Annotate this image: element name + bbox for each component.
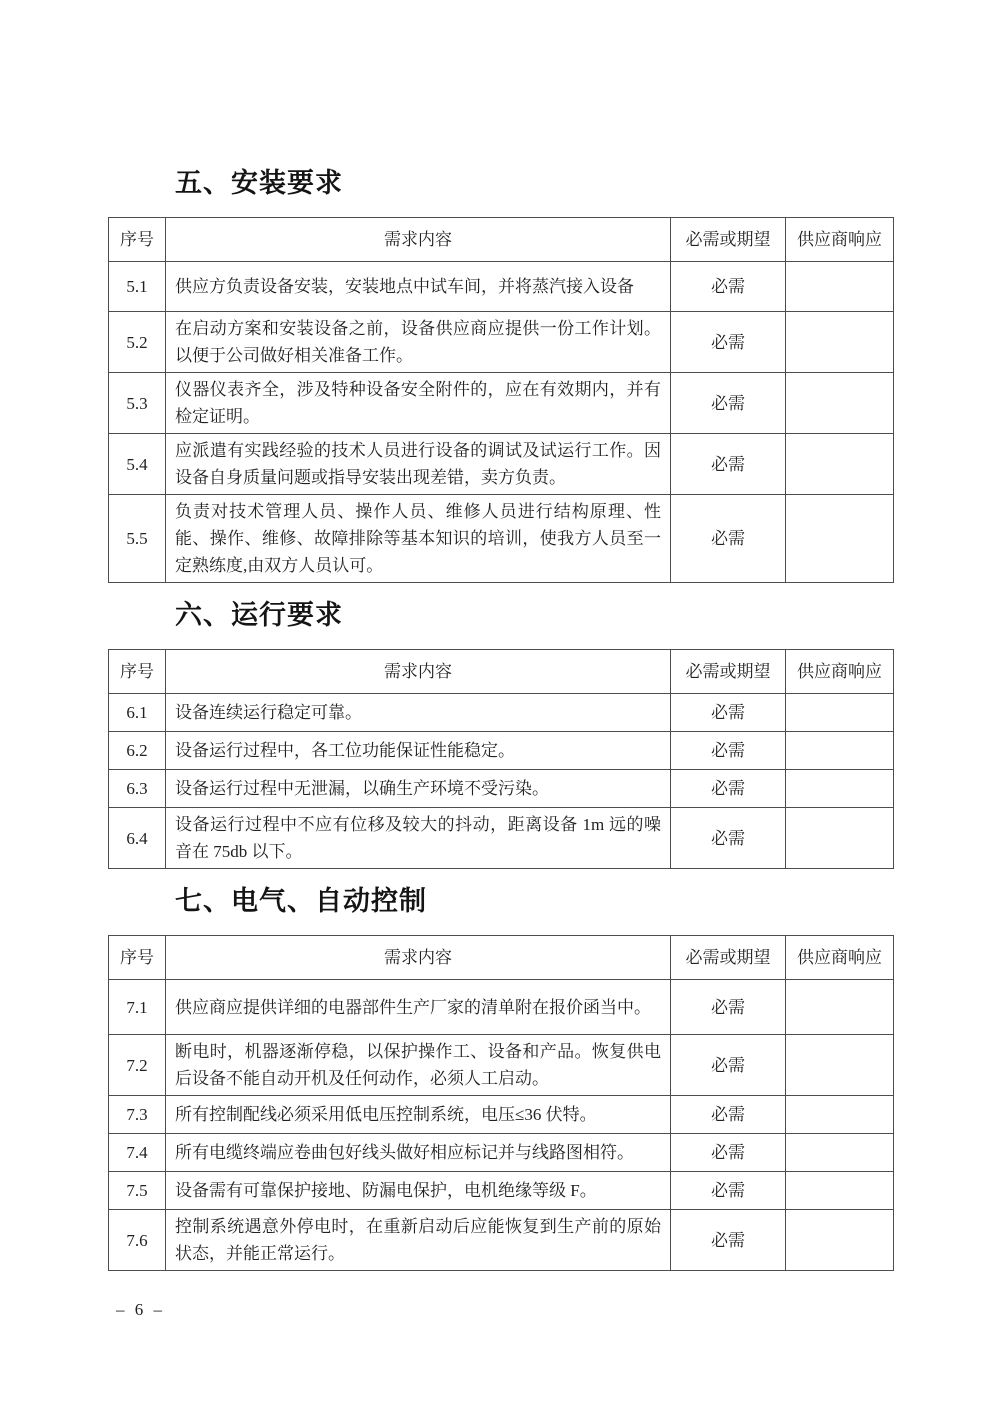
required-flag: 必需 <box>671 1210 786 1271</box>
document-page: 五、安装要求 序号 需求内容 必需或期望 供应商响应 5.1 供应方负责设备安装… <box>0 0 1000 1414</box>
operation-requirements-table: 序号 需求内容 必需或期望 供应商响应 6.1 设备连续运行稳定可靠。 必需 6… <box>108 649 894 869</box>
section-heading: 七、电气、自动控制 <box>175 884 893 918</box>
col-header-response: 供应商响应 <box>786 218 894 262</box>
supplier-response-cell <box>786 262 894 312</box>
required-flag: 必需 <box>671 1035 786 1096</box>
requirement-content: 仪器仪表齐全，涉及特种设备安全附件的，应在有效期内，并有检定证明。 <box>166 373 671 434</box>
requirement-content: 设备运行过程中无泄漏，以确生产环境不受污染。 <box>166 770 671 808</box>
table-row: 7.4 所有电缆终端应卷曲包好线头做好相应标记并与线路图相符。 必需 <box>109 1134 894 1172</box>
col-header-content: 需求内容 <box>166 218 671 262</box>
table-header-row: 序号 需求内容 必需或期望 供应商响应 <box>109 936 894 980</box>
section-heading: 五、安装要求 <box>175 166 893 200</box>
table-row: 6.3 设备运行过程中无泄漏，以确生产环境不受污染。 必需 <box>109 770 894 808</box>
table-row: 7.5 设备需有可靠保护接地、防漏电保护，电机绝缘等级 F。 必需 <box>109 1172 894 1210</box>
row-number: 6.1 <box>109 694 166 732</box>
table-header-row: 序号 需求内容 必需或期望 供应商响应 <box>109 218 894 262</box>
col-header-no: 序号 <box>109 650 166 694</box>
requirement-content: 设备连续运行稳定可靠。 <box>166 694 671 732</box>
col-header-response: 供应商响应 <box>786 936 894 980</box>
required-flag: 必需 <box>671 434 786 495</box>
supplier-response-cell <box>786 495 894 583</box>
row-number: 5.4 <box>109 434 166 495</box>
row-number: 6.2 <box>109 732 166 770</box>
col-header-response: 供应商响应 <box>786 650 894 694</box>
required-flag: 必需 <box>671 808 786 869</box>
requirement-content: 断电时，机器逐渐停稳，以保护操作工、设备和产品。恢复供电后设备不能自动开机及任何… <box>166 1035 671 1096</box>
table-row: 5.5 负责对技术管理人员、操作人员、维修人员进行结构原理、性能、操作、维修、故… <box>109 495 894 583</box>
supplier-response-cell <box>786 1035 894 1096</box>
row-number: 7.1 <box>109 980 166 1035</box>
table-row: 6.4 设备运行过程中不应有位移及较大的抖动，距离设备 1m 远的噪音在 75d… <box>109 808 894 869</box>
section-electrical-control: 七、电气、自动控制 序号 需求内容 必需或期望 供应商响应 7.1 供应商应提供… <box>108 884 893 1271</box>
row-number: 5.1 <box>109 262 166 312</box>
table-row: 5.4 应派遣有实践经验的技术人员进行设备的调试及试运行工作。因设备自身质量问题… <box>109 434 894 495</box>
table-row: 7.6 控制系统遇意外停电时，在重新启动后应能恢复到生产前的原始状态，并能正常运… <box>109 1210 894 1271</box>
col-header-required: 必需或期望 <box>671 218 786 262</box>
row-number: 6.4 <box>109 808 166 869</box>
requirement-content: 供应方负责设备安装，安装地点中试车间，并将蒸汽接入设备 <box>166 262 671 312</box>
requirement-content: 供应商应提供详细的电器部件生产厂家的清单附在报价函当中。 <box>166 980 671 1035</box>
required-flag: 必需 <box>671 694 786 732</box>
col-header-no: 序号 <box>109 936 166 980</box>
table-row: 5.1 供应方负责设备安装，安装地点中试车间，并将蒸汽接入设备 必需 <box>109 262 894 312</box>
supplier-response-cell <box>786 808 894 869</box>
supplier-response-cell <box>786 980 894 1035</box>
table-row: 7.2 断电时，机器逐渐停稳，以保护操作工、设备和产品。恢复供电后设备不能自动开… <box>109 1035 894 1096</box>
table-row: 6.1 设备连续运行稳定可靠。 必需 <box>109 694 894 732</box>
row-number: 7.5 <box>109 1172 166 1210</box>
requirement-content: 设备运行过程中不应有位移及较大的抖动，距离设备 1m 远的噪音在 75db 以下… <box>166 808 671 869</box>
electrical-control-table: 序号 需求内容 必需或期望 供应商响应 7.1 供应商应提供详细的电器部件生产厂… <box>108 935 894 1271</box>
table-row: 5.2 在启动方案和安装设备之前，设备供应商应提供一份工作计划。以便于公司做好相… <box>109 312 894 373</box>
col-header-no: 序号 <box>109 218 166 262</box>
supplier-response-cell <box>786 1096 894 1134</box>
row-number: 7.3 <box>109 1096 166 1134</box>
col-header-content: 需求内容 <box>166 650 671 694</box>
row-number: 5.5 <box>109 495 166 583</box>
col-header-content: 需求内容 <box>166 936 671 980</box>
row-number: 6.3 <box>109 770 166 808</box>
required-flag: 必需 <box>671 1096 786 1134</box>
requirement-content: 设备需有可靠保护接地、防漏电保护，电机绝缘等级 F。 <box>166 1172 671 1210</box>
supplier-response-cell <box>786 770 894 808</box>
required-flag: 必需 <box>671 1134 786 1172</box>
required-flag: 必需 <box>671 495 786 583</box>
requirement-content: 所有控制配线必须采用低电压控制系统，电压≤36 伏特。 <box>166 1096 671 1134</box>
supplier-response-cell <box>786 732 894 770</box>
row-number: 7.6 <box>109 1210 166 1271</box>
supplier-response-cell <box>786 1172 894 1210</box>
required-flag: 必需 <box>671 312 786 373</box>
row-number: 5.3 <box>109 373 166 434</box>
section-installation-requirements: 五、安装要求 序号 需求内容 必需或期望 供应商响应 5.1 供应方负责设备安装… <box>108 166 893 583</box>
required-flag: 必需 <box>671 980 786 1035</box>
table-header-row: 序号 需求内容 必需或期望 供应商响应 <box>109 650 894 694</box>
table-row: 7.3 所有控制配线必须采用低电压控制系统，电压≤36 伏特。 必需 <box>109 1096 894 1134</box>
col-header-required: 必需或期望 <box>671 650 786 694</box>
table-row: 5.3 仪器仪表齐全，涉及特种设备安全附件的，应在有效期内，并有检定证明。 必需 <box>109 373 894 434</box>
table-row: 6.2 设备运行过程中，各工位功能保证性能稳定。 必需 <box>109 732 894 770</box>
requirement-content: 负责对技术管理人员、操作人员、维修人员进行结构原理、性能、操作、维修、故障排除等… <box>166 495 671 583</box>
requirement-content: 控制系统遇意外停电时，在重新启动后应能恢复到生产前的原始状态，并能正常运行。 <box>166 1210 671 1271</box>
table-row: 7.1 供应商应提供详细的电器部件生产厂家的清单附在报价函当中。 必需 <box>109 980 894 1035</box>
page-number: – 6 – <box>116 1300 165 1320</box>
supplier-response-cell <box>786 373 894 434</box>
required-flag: 必需 <box>671 262 786 312</box>
row-number: 7.4 <box>109 1134 166 1172</box>
supplier-response-cell <box>786 694 894 732</box>
row-number: 5.2 <box>109 312 166 373</box>
requirement-content: 所有电缆终端应卷曲包好线头做好相应标记并与线路图相符。 <box>166 1134 671 1172</box>
supplier-response-cell <box>786 1134 894 1172</box>
required-flag: 必需 <box>671 770 786 808</box>
requirement-content: 应派遣有实践经验的技术人员进行设备的调试及试运行工作。因设备自身质量问题或指导安… <box>166 434 671 495</box>
section-heading: 六、运行要求 <box>175 598 893 632</box>
required-flag: 必需 <box>671 373 786 434</box>
requirement-content: 在启动方案和安装设备之前，设备供应商应提供一份工作计划。以便于公司做好相关准备工… <box>166 312 671 373</box>
required-flag: 必需 <box>671 732 786 770</box>
supplier-response-cell <box>786 1210 894 1271</box>
row-number: 7.2 <box>109 1035 166 1096</box>
requirement-content: 设备运行过程中，各工位功能保证性能稳定。 <box>166 732 671 770</box>
installation-requirements-table: 序号 需求内容 必需或期望 供应商响应 5.1 供应方负责设备安装，安装地点中试… <box>108 217 894 583</box>
supplier-response-cell <box>786 434 894 495</box>
required-flag: 必需 <box>671 1172 786 1210</box>
section-operation-requirements: 六、运行要求 序号 需求内容 必需或期望 供应商响应 6.1 设备连续运行稳定可… <box>108 598 893 869</box>
supplier-response-cell <box>786 312 894 373</box>
col-header-required: 必需或期望 <box>671 936 786 980</box>
